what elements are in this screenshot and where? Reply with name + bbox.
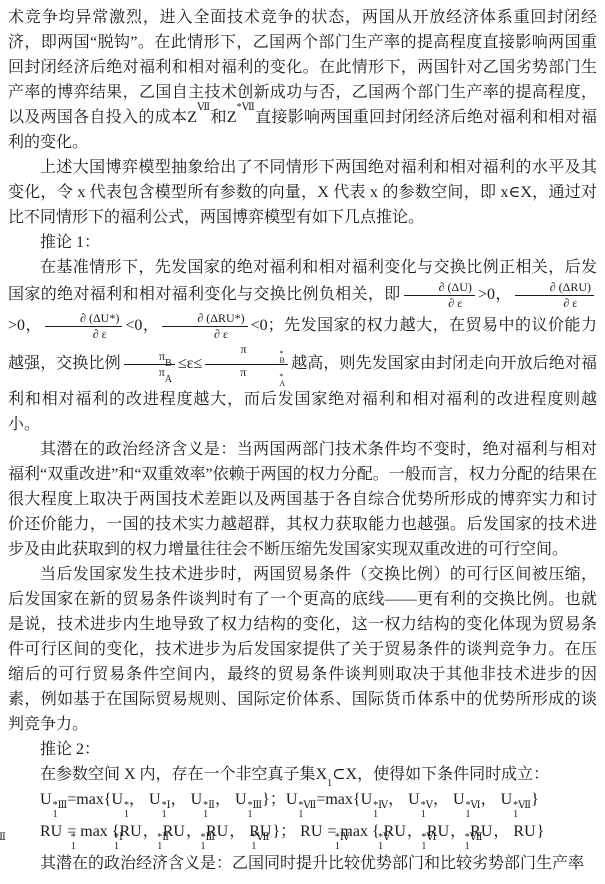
subscript: 1 — [327, 778, 332, 789]
paragraph-continuation: 术竞争均异常激烈，进入全面技术竞争的状态，两国从开放经济体系重回封闭经济，即两国… — [8, 5, 597, 155]
term-subsup: *A — [247, 373, 285, 387]
body-text: 在参数空间 X 内，存在一个非空真子集 — [40, 766, 316, 783]
math-term: U*Ⅲ1 — [235, 791, 262, 808]
fraction-denominator: ∂ ε — [413, 296, 465, 311]
paragraph-inference1: 在基准情形下，先发国家的绝对福利和相对福利变化与交换比例正相关，后发国家的绝对福… — [8, 255, 597, 437]
term-base: U — [40, 791, 52, 808]
math-term: U*Ⅰ1 — [149, 791, 171, 808]
subscript: A — [247, 380, 285, 387]
comma-separator: ， — [129, 791, 145, 808]
subscript: 1 — [513, 810, 518, 819]
body-text: 当后发国家发生技术进步时，两国贸易条件（交换比例）的可行区间被压缩，后发国家在新… — [8, 566, 597, 733]
subscript: B — [165, 358, 172, 369]
term-subsup: *B — [248, 350, 285, 364]
math-term: U*Ⅴ1 — [408, 791, 433, 808]
term-base: U — [501, 791, 513, 808]
operator-text: }； — [262, 791, 286, 808]
term-subsup: *Ⅳ1 — [373, 801, 388, 819]
term-subsup: *Ⅲ1 — [53, 801, 68, 819]
subscript: B — [248, 357, 285, 364]
math-term: RU*1 — [119, 823, 142, 840]
superscript: * — [247, 373, 283, 380]
fraction-dU: ∂ (ΔU)∂ ε — [404, 280, 475, 311]
math-term: RU*Ⅶ1 — [300, 823, 323, 840]
fraction-denominator: ∂ ε — [58, 327, 110, 342]
math-term: U*Ⅲ1 — [40, 791, 67, 808]
term-base: U — [361, 791, 373, 808]
fraction-dRU: ∂ (ΔRU)∂ ε — [515, 280, 594, 311]
term-base: RU — [513, 823, 535, 840]
relation-text: >0， — [8, 317, 42, 334]
fraction-numerator: ∂ (ΔU) — [404, 280, 475, 296]
equation-ru: RU*Ⅲ1 = max {RU*1， RU*Ⅰ1， RU*Ⅱ1， RU*Ⅲ1}；… — [8, 819, 597, 851]
relation-text: <0， — [125, 317, 159, 334]
operator-text: =max{ — [67, 791, 111, 808]
subscript: 1 — [248, 810, 253, 819]
fraction-numerator: π*B — [205, 342, 287, 365]
comma-separator: ， — [229, 823, 245, 840]
math-term: U*Ⅶ1 — [501, 791, 531, 808]
equation-u: U*Ⅲ1=max{U*1， U*Ⅰ1， U*Ⅱ1， U*Ⅲ1}；U*Ⅶ1=max… — [8, 787, 597, 819]
math-term: U*Ⅳ1 — [361, 791, 389, 808]
relation-text: >0， — [478, 286, 512, 303]
label-text: 推论 2： — [40, 741, 100, 758]
subscript: 1 — [124, 810, 129, 819]
term-base: U — [235, 791, 247, 808]
body-text: 其潜在的政治经济含义是：乙国同时提升比较优势部门和比较劣势部门生产率 — [40, 855, 584, 872]
fraction-numerator: ∂ (ΔU*) — [45, 311, 122, 327]
term-subsup: *Ⅶ1 — [298, 801, 316, 819]
relation-text: <0； — [251, 317, 284, 334]
fraction-numerator: πB — [124, 349, 175, 365]
term-subsup: *Ⅴ1 — [421, 801, 433, 819]
fraction-denominator: ∂ ε — [179, 327, 231, 342]
comma-separator: ， — [215, 791, 231, 808]
term-base: U — [149, 791, 161, 808]
term-base: RU — [40, 823, 62, 840]
fraction-numerator: ∂ (ΔRU*) — [162, 311, 247, 327]
paragraph-model-summary: 上述大国博弈模型抽象给出了不同情形下两国绝对福利和相对福利的水平及其变化，令 x… — [8, 155, 597, 230]
term-subsup: *Ⅶ1 — [513, 801, 531, 819]
fraction-dRU-star: ∂ (ΔRU*)∂ ε — [162, 311, 247, 342]
body-text: ⊂X，使得如下条件同时成立： — [332, 766, 549, 783]
term-subsup: *Ⅰ1 — [162, 801, 171, 819]
subscript: 1 — [203, 810, 208, 819]
comma-separator: ， — [481, 791, 497, 808]
paragraph-tech-progress: 当后发国家发生技术进步时，两国贸易条件（交换比例）的可行区间被压缩，后发国家在新… — [8, 562, 597, 737]
math-term: RU*Ⅲ1 — [40, 823, 63, 840]
term-subsup: *Ⅱ1 — [203, 801, 215, 819]
term-subsup: *Ⅵ1 — [466, 801, 481, 819]
operator-text: = max { — [323, 823, 383, 840]
term-base: X — [316, 766, 328, 783]
superscript: * — [248, 350, 284, 357]
term-base: U — [191, 791, 203, 808]
math-z-cost: ZⅦ — [187, 109, 210, 126]
math-term: RU*Ⅶ1 — [513, 823, 536, 840]
math-term: U*Ⅵ1 — [453, 791, 481, 808]
superscript: *Ⅶ — [237, 102, 256, 113]
epsilon-bounds: ≤ε≤ — [178, 355, 202, 372]
subscript: 1 — [298, 810, 303, 819]
term-subsup: *Ⅲ1 — [248, 801, 263, 819]
term-base: Z — [227, 109, 237, 126]
math-subset-x1: X1 — [316, 766, 333, 783]
operator-text: } — [537, 823, 545, 840]
comma-separator: ， — [493, 823, 509, 840]
fraction-denominator: π*A — [205, 365, 288, 387]
fraction-pi-star-ratio: π*Bπ*A — [205, 342, 288, 387]
paragraph-implication-1: 其潜在的政治经济含义是：当两国两部门技术条件均不变时，绝对福利与相对福利“双重改… — [8, 437, 597, 562]
math-z-star-cost: Z*Ⅶ — [227, 109, 255, 126]
subscript: 1 — [466, 810, 471, 819]
math-term: U*Ⅶ1 — [286, 791, 316, 808]
math-term: U*1 — [111, 791, 129, 808]
subscript: 1 — [421, 810, 426, 819]
subscript: 1 — [373, 810, 378, 819]
body-text: 和 — [211, 109, 227, 126]
fraction-denominator: ∂ ε — [528, 296, 580, 311]
subscript: 1 — [53, 810, 58, 819]
operator-text: =max{ — [316, 791, 360, 808]
paragraph-implication-2: 其潜在的政治经济含义是：乙国同时提升比较优势部门和比较劣势部门生产率 — [8, 851, 597, 876]
body-text: 其潜在的政治经济含义是：当两国两部门技术条件均不变时，绝对福利与相对福利“双重改… — [8, 441, 597, 558]
label-text: 推论 1： — [40, 234, 100, 251]
subscript: A — [165, 374, 172, 385]
term-base: U — [408, 791, 420, 808]
superscript: Ⅶ — [197, 102, 211, 113]
comma-separator: ， — [388, 791, 404, 808]
term-base: U — [111, 791, 123, 808]
operator-text: }； — [272, 823, 296, 840]
comma-separator: ， — [171, 791, 187, 808]
inference2-label: 推论 2： — [8, 737, 597, 762]
term-base: Z — [187, 109, 197, 126]
body-text: 上述大国博弈模型抽象给出了不同情形下两国绝对福利和相对福利的水平及其变化，令 x… — [8, 159, 597, 226]
comma-separator: ， — [450, 823, 466, 840]
paragraph-inference2-intro: 在参数空间 X 内，存在一个非空真子集X1⊂X，使得如下条件同时成立： — [8, 762, 597, 787]
math-term: U*Ⅱ1 — [191, 791, 215, 808]
operator-text: } — [531, 791, 539, 808]
term-base: U — [286, 791, 298, 808]
fraction-numerator: ∂ (ΔRU) — [515, 280, 594, 296]
term-base: U — [453, 791, 465, 808]
fraction-dU-star: ∂ (ΔU*)∂ ε — [45, 311, 122, 342]
comma-separator: ， — [433, 791, 449, 808]
document-page: 术竞争均异常激烈，进入全面技术竞争的状态，两国从开放经济体系重回封闭经济，即两国… — [0, 0, 605, 884]
fraction-pi-ratio: πBπA — [124, 349, 175, 380]
term-base: RU — [300, 823, 322, 840]
inference1-label: 推论 1： — [8, 230, 597, 255]
subscript: 1 — [162, 810, 167, 819]
